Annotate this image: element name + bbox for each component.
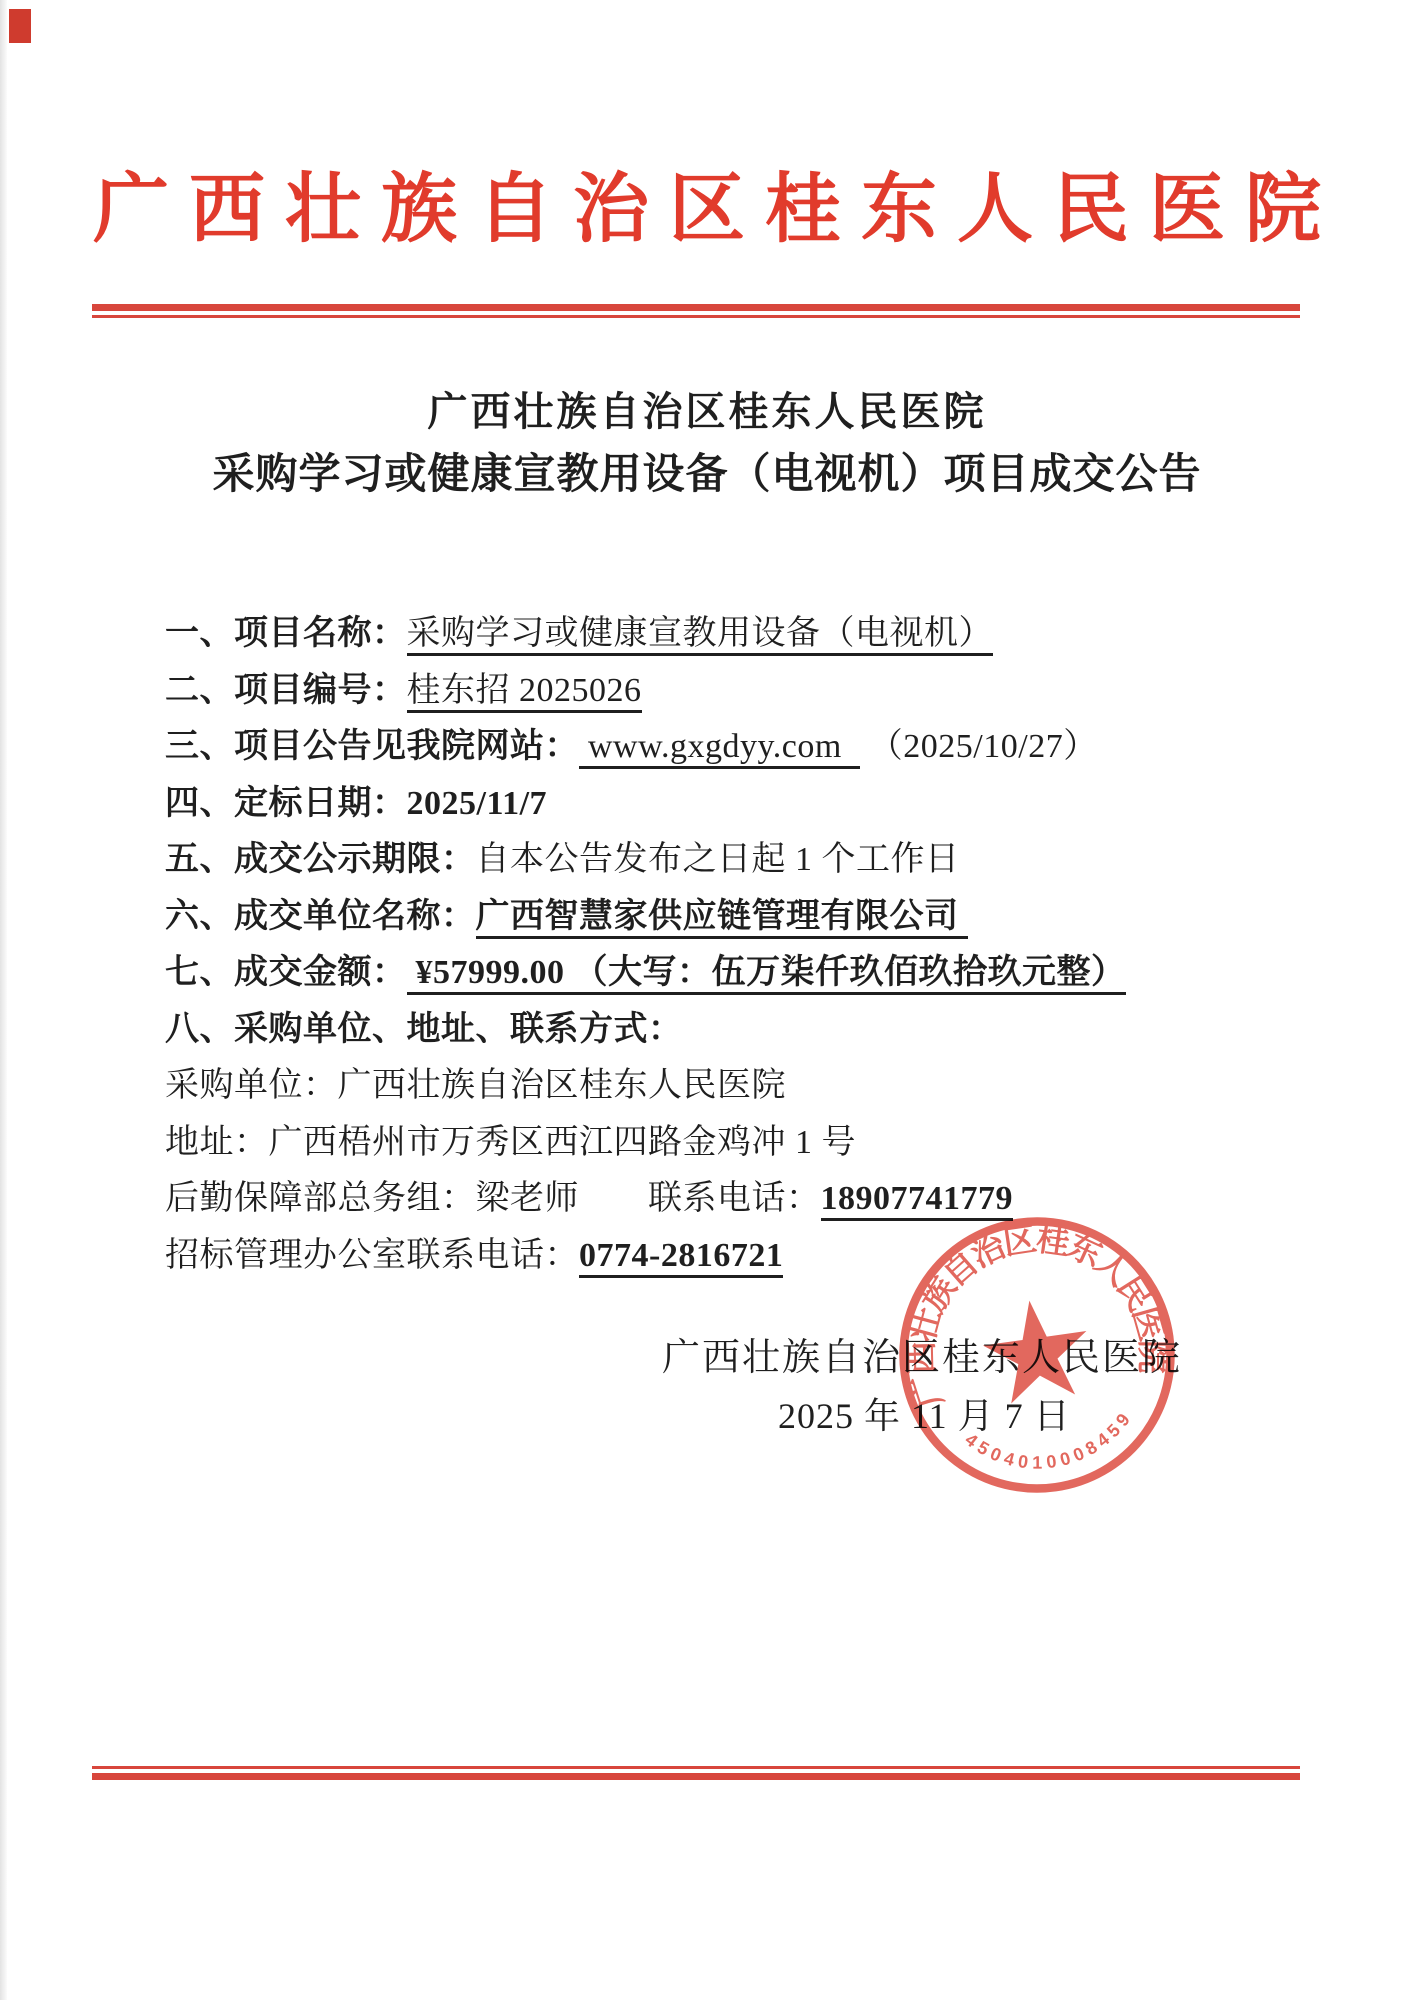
item-1-project-name-seg-1: 采购学习或健康宣教用设备（电视机） <box>407 615 994 656</box>
item-2-project-number-seg-1: 桂东招 2025026 <box>407 672 642 713</box>
item-6-winning-supplier: 六、成交单位名称：广西智慧家供应链管理有限公司 <box>165 889 1414 946</box>
contact-address: 地址：广西梧州市万秀区西江四路金鸡冲 1 号 <box>165 1115 1414 1172</box>
item-3-announcement-site-seg-2: （2025/10/27） <box>860 728 1098 765</box>
item-7-award-amount-seg-1: ¥57999.00 （大写：伍万柒仟玖佰玖拾玖元整） <box>407 954 1126 995</box>
body-lines: 一、项目名称：采购学习或健康宣教用设备（电视机）二、项目编号：桂东招 20250… <box>0 606 1414 1284</box>
scan-corner-mark <box>9 9 31 43</box>
item-3-announcement-site-seg-0: 三、项目公告见我院网站： <box>165 728 579 765</box>
official-seal: 广西壮族自治区桂东人民医院 4504010008459 <box>877 1195 1198 1516</box>
item-2-project-number: 二、项目编号：桂东招 2025026 <box>165 663 1414 720</box>
scanned-document-page: 广西壮族自治区桂东人民医院 广西壮族自治区桂东人民医院 采购学习或健康宣教用设备… <box>0 0 1414 2000</box>
document-title-line1: 广西壮族自治区桂东人民医院 <box>0 388 1414 436</box>
item-7-award-amount-seg-0: 七、成交金额： <box>165 954 407 991</box>
contact-bidding-office-phone-seg-0: 招标管理办公室联系电话： <box>165 1237 579 1274</box>
item-6-winning-supplier-seg-1: 广西智慧家供应链管理有限公司 <box>476 898 968 939</box>
item-6-winning-supplier-seg-0: 六、成交单位名称： <box>165 898 476 935</box>
header-rule-thin <box>92 315 1300 318</box>
item-8-contact-heading: 八、采购单位、地址、联系方式： <box>165 1002 1414 1059</box>
item-1-project-name-seg-0: 一、项目名称： <box>165 615 407 652</box>
document-title-line2: 采购学习或健康宣教用设备（电视机）项目成交公告 <box>0 450 1414 500</box>
seal-star <box>978 1293 1095 1406</box>
contact-bidding-office-phone-seg-1: 0774-2816721 <box>579 1237 783 1278</box>
contact-address-seg-0: 地址：广西梧州市万秀区西江四路金鸡冲 1 号 <box>165 1124 856 1161</box>
footer-rule-thin <box>92 1766 1300 1769</box>
item-4-award-date: 四、定标日期：2025/11/7 <box>165 776 1414 833</box>
item-5-publicity-period-seg-0: 五、成交公示期限： <box>165 841 476 878</box>
item-5-publicity-period: 五、成交公示期限：自本公告发布之日起 1 个工作日 <box>165 832 1414 889</box>
contact-logistics-phone-seg-0: 后勤保障部总务组：梁老师 联系电话： <box>165 1180 821 1217</box>
scan-edge-shadow <box>0 0 7 2000</box>
item-7-award-amount: 七、成交金额： ¥57999.00 （大写：伍万柒仟玖佰玖拾玖元整） <box>165 945 1414 1002</box>
item-4-award-date-seg-1: 2025/11/7 <box>407 785 548 822</box>
item-8-contact-heading-seg-0: 八、采购单位、地址、联系方式： <box>165 1011 683 1048</box>
svg-text:4504010008459: 4504010008459 <box>959 1407 1139 1484</box>
item-4-award-date-seg-0: 四、定标日期： <box>165 785 407 822</box>
hospital-letterhead-title: 广西壮族自治区桂东人民医院 <box>0 0 1414 248</box>
item-2-project-number-seg-0: 二、项目编号： <box>165 672 407 709</box>
item-5-publicity-period-seg-1: 自本公告发布之日起 1 个工作日 <box>476 841 960 878</box>
footer-rules <box>0 1766 1414 1780</box>
contact-purchasing-unit-seg-0: 采购单位：广西壮族自治区桂东人民医院 <box>165 1067 786 1104</box>
footer-rule-thick <box>92 1773 1300 1780</box>
item-3-announcement-site: 三、项目公告见我院网站： www.gxgdyy.com （2025/10/27） <box>165 719 1414 776</box>
seal-number: 4504010008459 <box>959 1407 1139 1484</box>
contact-purchasing-unit: 采购单位：广西壮族自治区桂东人民医院 <box>165 1058 1414 1115</box>
contact-logistics-phone: 后勤保障部总务组：梁老师 联系电话：18907741779 <box>165 1171 1414 1228</box>
item-1-project-name: 一、项目名称：采购学习或健康宣教用设备（电视机） <box>165 606 1414 663</box>
contact-bidding-office-phone: 招标管理办公室联系电话：0774-2816721 <box>165 1228 1414 1285</box>
item-3-announcement-site-seg-1: www.gxgdyy.com <box>579 728 860 769</box>
header-rule-thick <box>92 304 1300 311</box>
contact-logistics-phone-seg-1: 18907741779 <box>821 1180 1014 1221</box>
